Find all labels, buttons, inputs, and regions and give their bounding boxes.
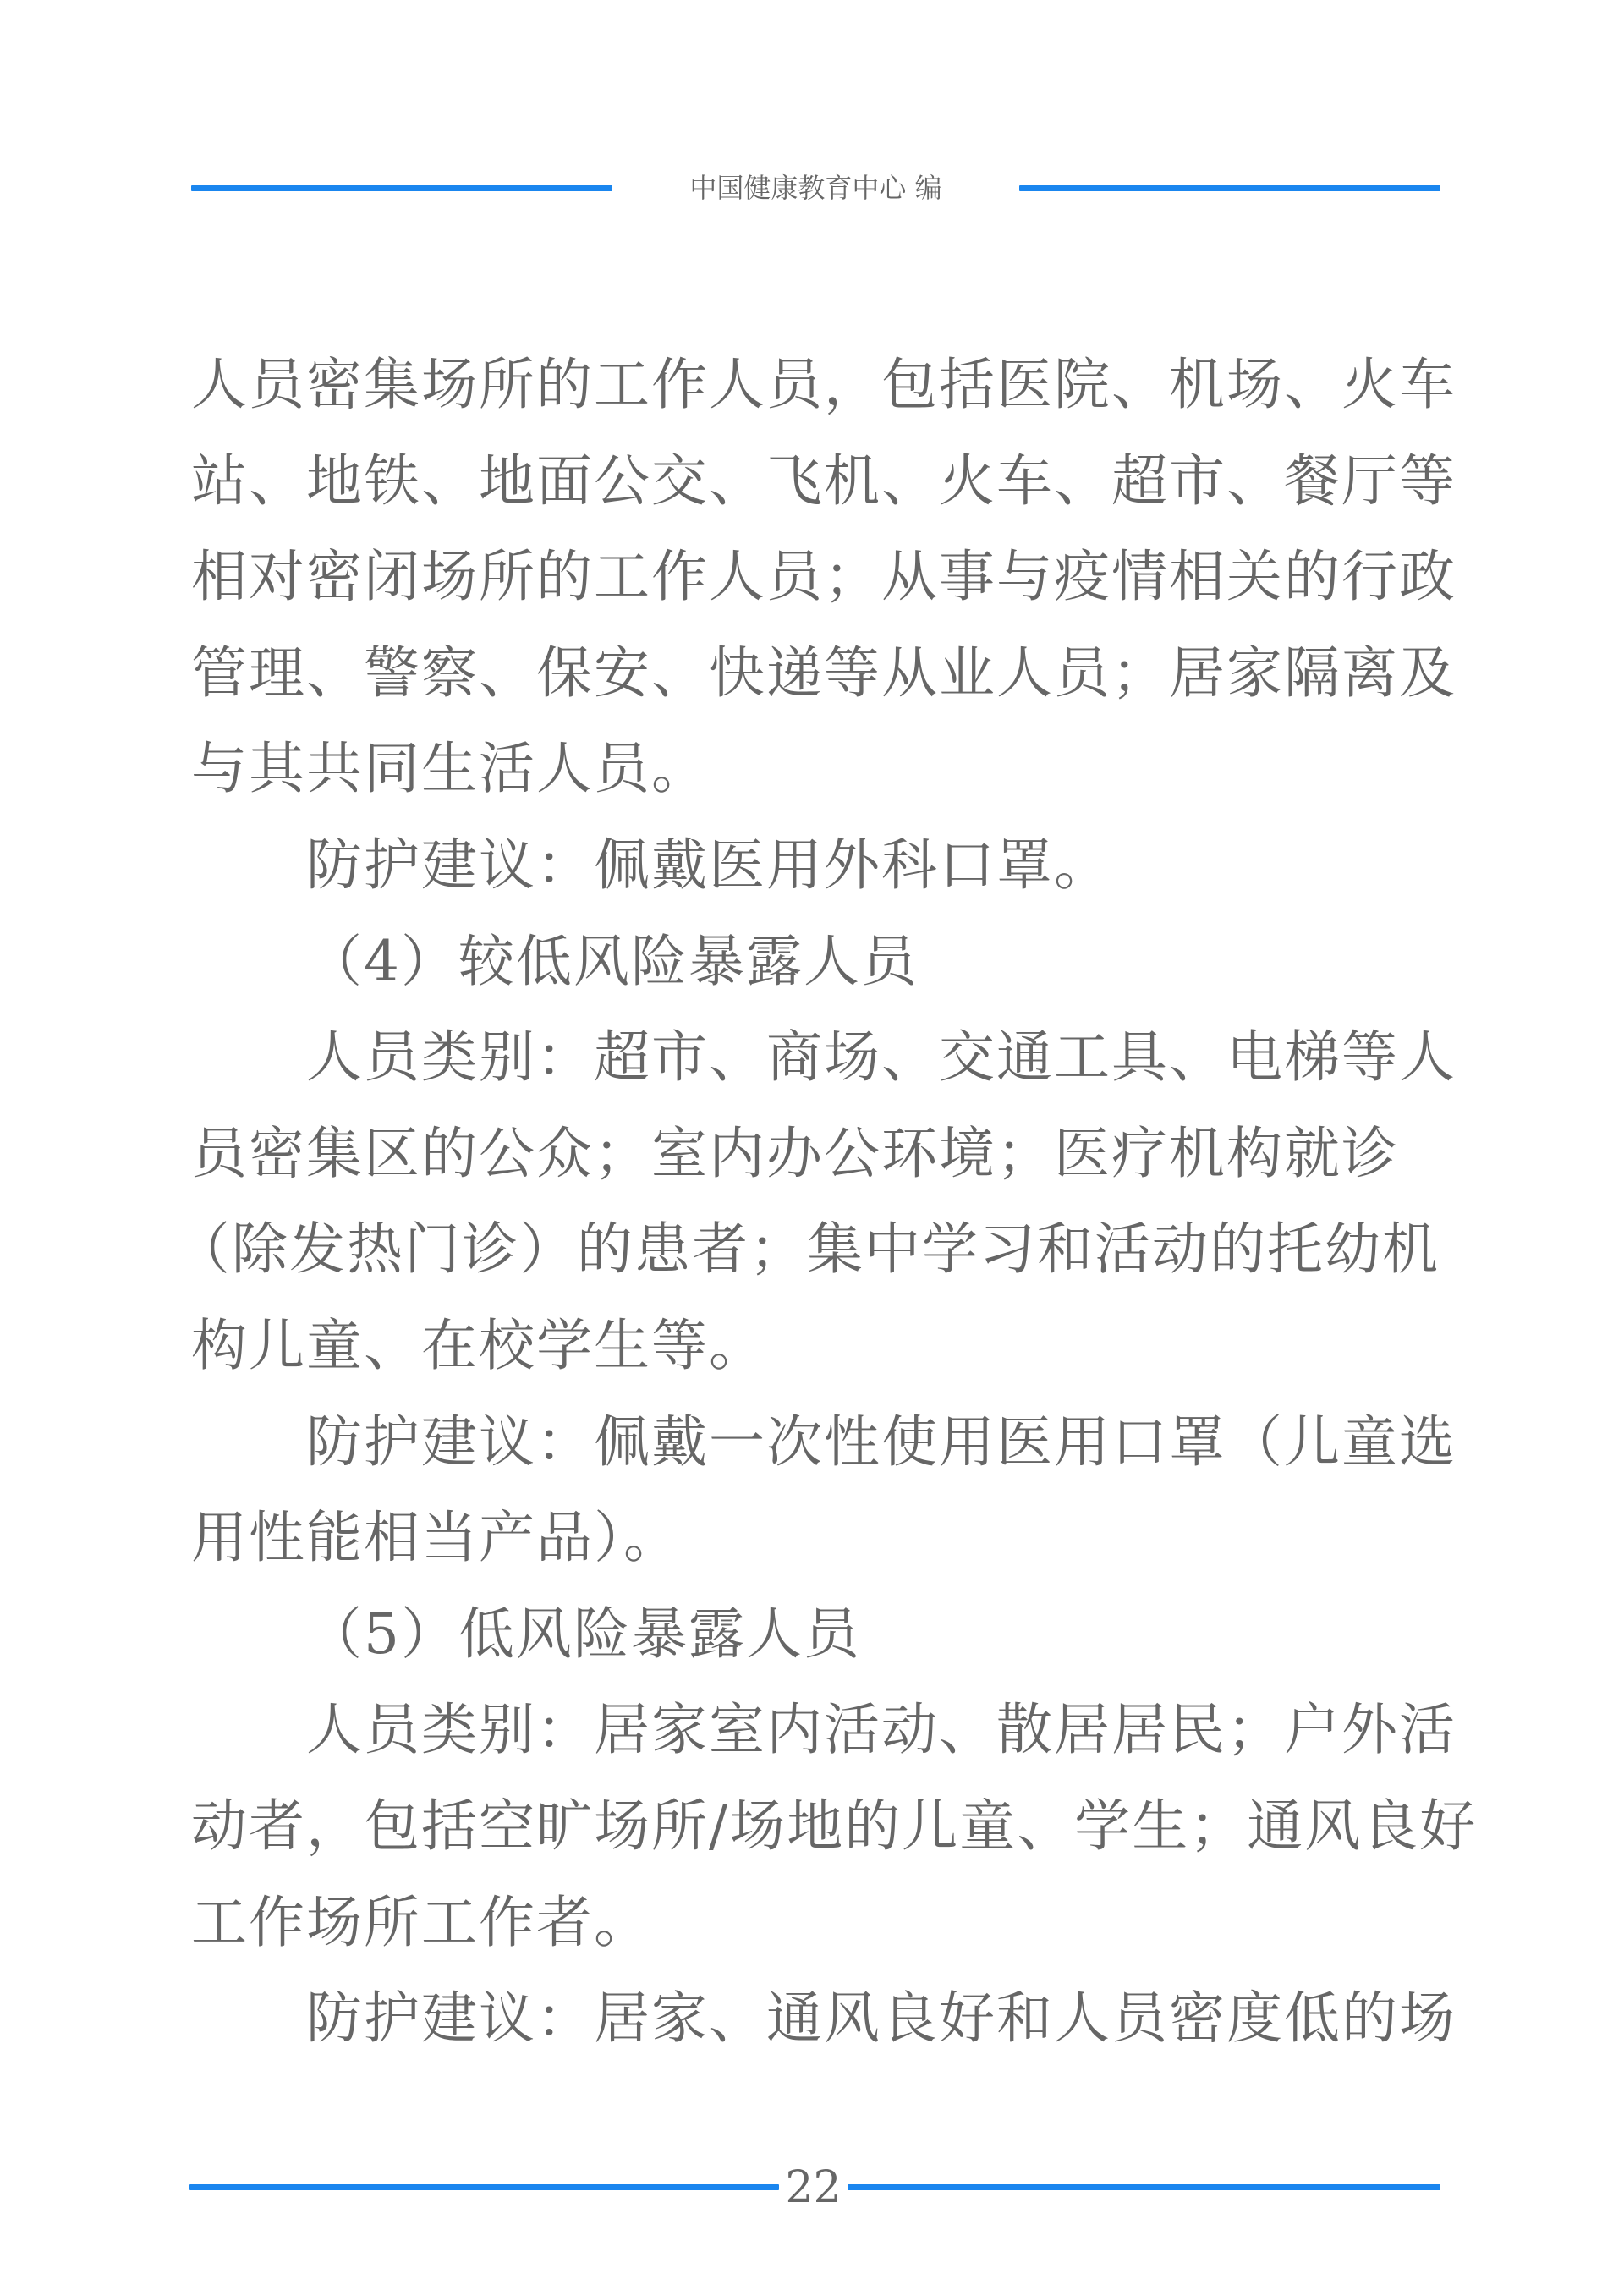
- body-line: 与其共同生活人员。: [191, 721, 1460, 817]
- section-heading-low-risk: （5）低风险暴露人员: [191, 1586, 1460, 1683]
- body-line: 管理、警察、保安、快递等从业人员；居家隔离及: [191, 625, 1460, 722]
- body-line: （除发热门诊）的患者；集中学习和活动的托幼机: [174, 1201, 1460, 1298]
- body-line: 动者，包括空旷场所/场地的儿童、学生；通风良好: [191, 1778, 1460, 1875]
- body-text: 人员密集场所的工作人员，包括医院、机场、火车 站、地铁、地面公交、飞机、火车、超…: [191, 337, 1460, 2067]
- protection-advice-line: 防护建议：居家、通风良好和人员密度低的场: [191, 1970, 1460, 2067]
- personnel-category-line: 人员类别：居家室内活动、散居居民；户外活: [191, 1682, 1460, 1778]
- body-line: 站、地铁、地面公交、飞机、火车、超市、餐厅等: [191, 433, 1460, 530]
- footer-rule-left: [189, 2184, 779, 2190]
- protection-advice-line: 防护建议：佩戴医用外科口罩。: [191, 817, 1460, 914]
- header-rule-left: [191, 185, 612, 191]
- header-publisher: 中国健康教育中心 编: [612, 169, 1019, 206]
- protection-advice-line: 防护建议：佩戴一次性使用医用口罩（儿童选: [191, 1394, 1460, 1491]
- page-number: 22: [779, 2164, 848, 2211]
- body-line: 用性能相当产品）。: [191, 1490, 1460, 1586]
- body-line: 员密集区的公众；室内办公环境；医疗机构就诊: [191, 1106, 1460, 1202]
- body-line: 人员密集场所的工作人员，包括医院、机场、火车: [191, 337, 1460, 433]
- body-line: 构儿童、在校学生等。: [191, 1298, 1460, 1394]
- personnel-category-line: 人员类别：超市、商场、交通工具、电梯等人: [191, 1009, 1460, 1106]
- header-rule-right: [1019, 185, 1440, 191]
- section-heading-lower-risk: （4）较低风险暴露人员: [191, 914, 1460, 1010]
- footer-rule-right: [848, 2184, 1440, 2190]
- body-line: 相对密闭场所的工作人员；从事与疫情相关的行政: [191, 529, 1460, 625]
- body-line: 工作场所工作者。: [191, 1875, 1460, 1971]
